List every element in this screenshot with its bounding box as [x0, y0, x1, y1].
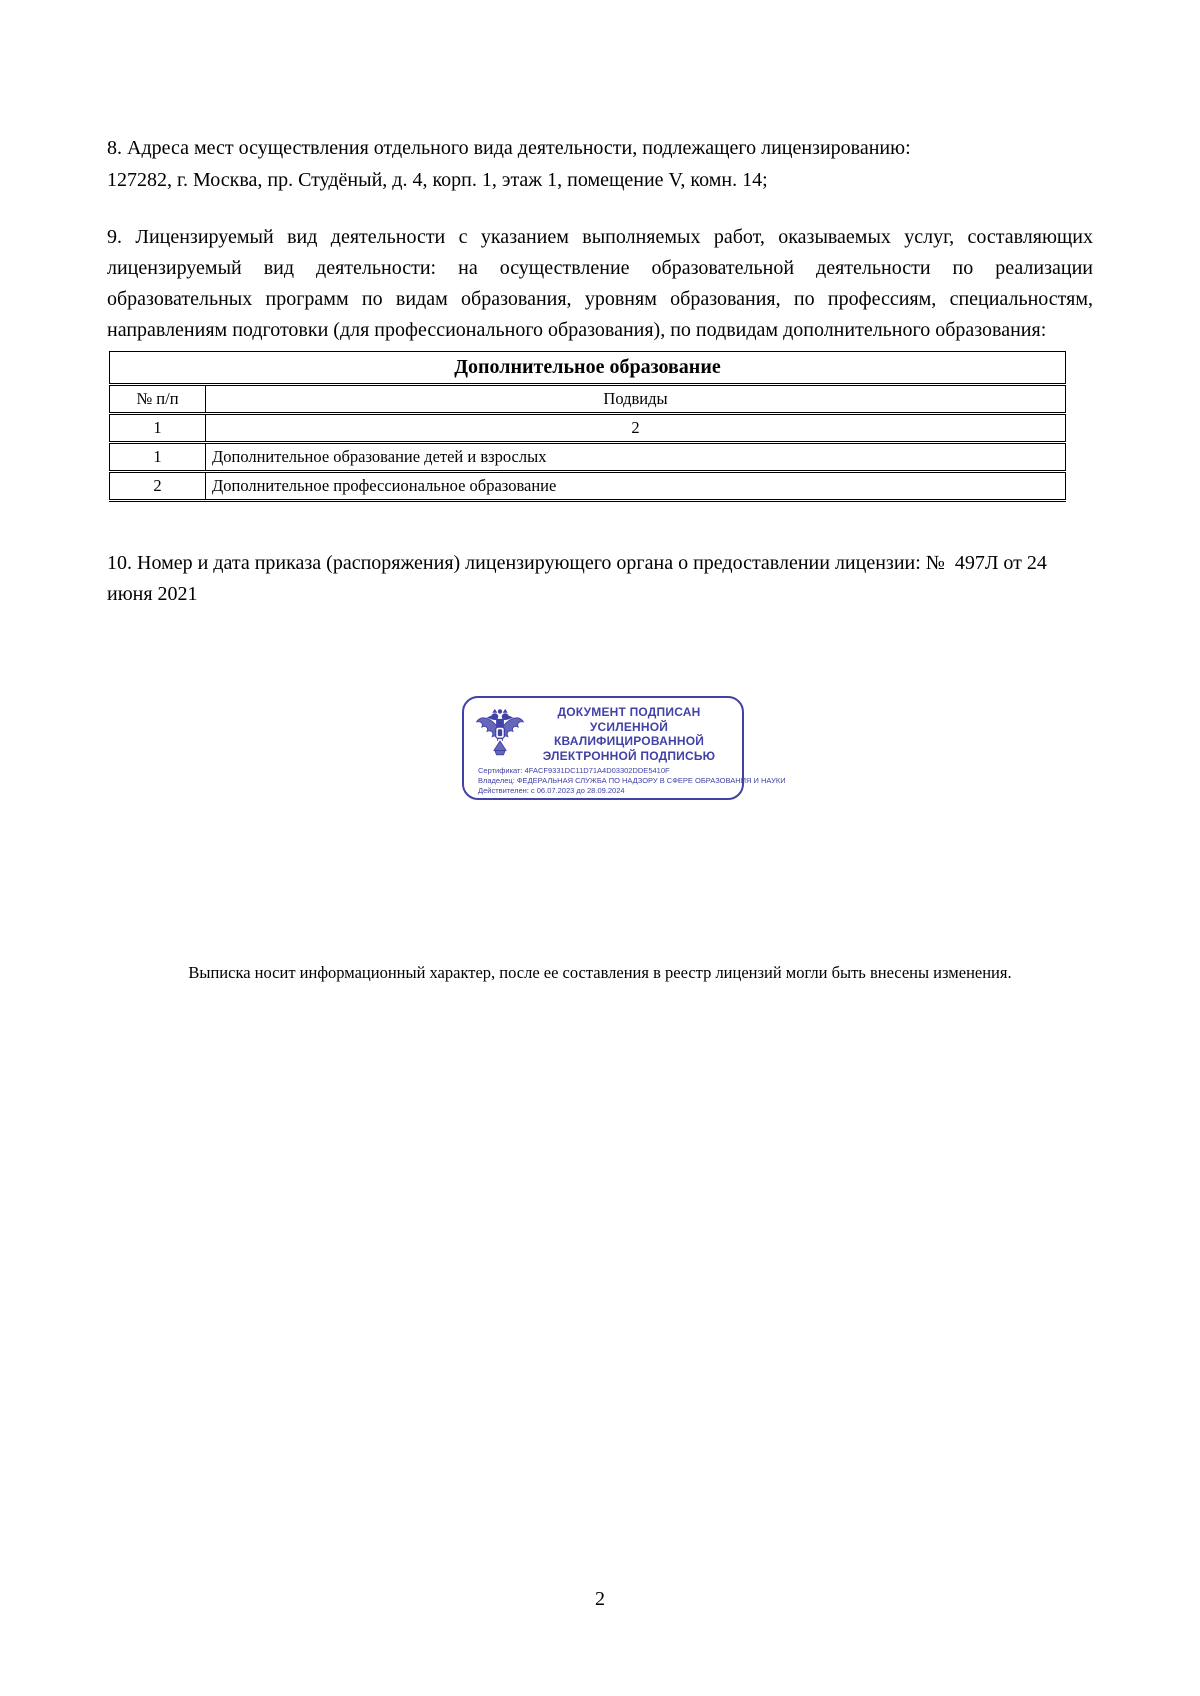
row-number: 1	[110, 443, 206, 472]
page-number: 2	[0, 1588, 1200, 1611]
owner-line: Владелец: ФЕДЕРАЛЬНАЯ СЛУЖБА ПО НАДЗОРУ …	[478, 776, 732, 786]
stamp-title-line-2: УСИЛЕННОЙ КВАЛИФИЦИРОВАННОЙ	[526, 720, 732, 749]
table-numbering-row: 1 2	[110, 414, 1066, 443]
column-header-subtypes: Подвиды	[206, 385, 1066, 414]
section-9-paragraph: 9. Лицензируемый вид деятельности с указ…	[107, 222, 1093, 346]
validity-line: Действителен: с 06.07.2023 до 28.09.2024	[478, 786, 732, 796]
education-table: Дополнительное образование № п/п Подвиды…	[109, 351, 1066, 502]
numbering-cell-2: 2	[206, 414, 1066, 443]
row-number: 2	[110, 472, 206, 501]
section-8-address: 127282, г. Москва, пр. Студёный, д. 4, к…	[107, 164, 1093, 196]
certificate-line: Сертификат: 4FACF9331DC11D71A4D03302DDE5…	[478, 766, 732, 776]
document-content: 8. Адреса мест осуществления отдельного …	[107, 132, 1093, 610]
footer-note: Выписка носит информационный характер, п…	[0, 962, 1200, 984]
column-header-num: № п/п	[110, 385, 206, 414]
stamp-details: Сертификат: 4FACF9331DC11D71A4D03302DDE5…	[478, 766, 732, 796]
table-header-row: № п/п Подвиды	[110, 385, 1066, 414]
stamp-title-line-3: ЭЛЕКТРОННОЙ ПОДПИСЬЮ	[526, 749, 732, 764]
row-subtype: Дополнительное профессиональное образова…	[206, 472, 1066, 501]
table-row: 2 Дополнительное профессиональное образо…	[110, 472, 1066, 501]
section-8-heading: 8. Адреса мест осуществления отдельного …	[107, 132, 1093, 164]
table-row: 1 Дополнительное образование детей и взр…	[110, 443, 1066, 472]
stamp-title-block: ДОКУМЕНТ ПОДПИСАН УСИЛЕННОЙ КВАЛИФИЦИРОВ…	[526, 705, 732, 763]
row-subtype: Дополнительное образование детей и взрос…	[206, 443, 1066, 472]
section-8-paragraph: 8. Адреса мест осуществления отдельного …	[107, 132, 1093, 196]
document-page: { "section8": { "heading": "8. Адреса ме…	[0, 0, 1200, 1696]
table-title: Дополнительное образование	[110, 352, 1066, 385]
signature-stamp: ДОКУМЕНТ ПОДПИСАН УСИЛЕННОЙ КВАЛИФИЦИРОВ…	[462, 696, 744, 800]
stamp-top: ДОКУМЕНТ ПОДПИСАН УСИЛЕННОЙ КВАЛИФИЦИРОВ…	[474, 705, 732, 763]
section-10-paragraph: 10. Номер и дата приказа (распоряжения) …	[107, 548, 1093, 610]
numbering-cell-1: 1	[110, 414, 206, 443]
stamp-title-line-1: ДОКУМЕНТ ПОДПИСАН	[526, 705, 732, 720]
table-title-row: Дополнительное образование	[110, 352, 1066, 385]
coat-of-arms-icon	[474, 708, 526, 760]
